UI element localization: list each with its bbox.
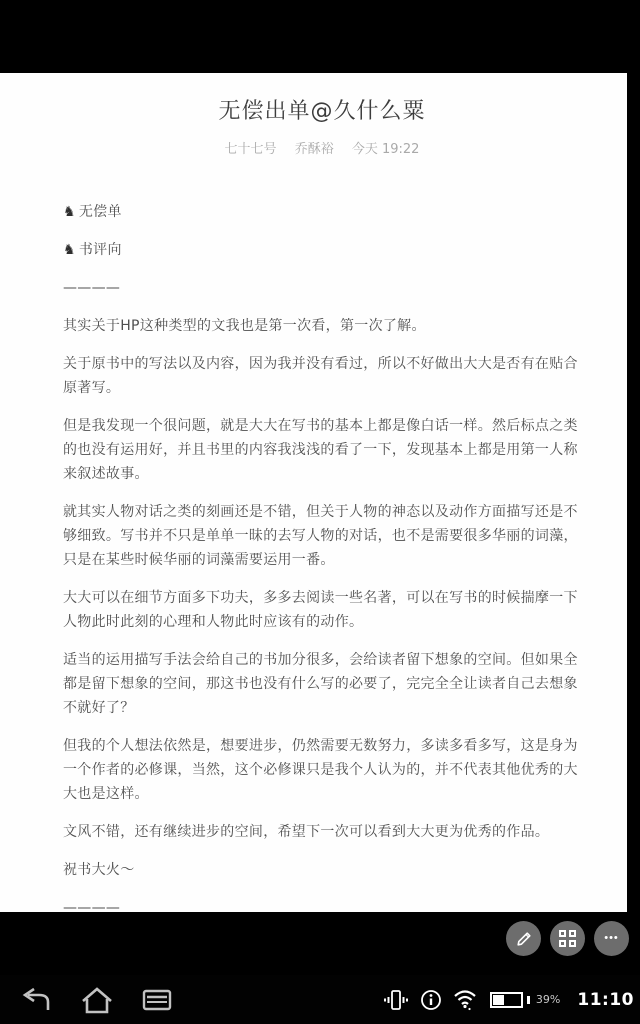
paragraph: 祝书大火～ — [63, 858, 581, 882]
article-body: ♞无偿单♞书评向————其实关于HP这种类型的文我也是第一次看，第一次了解。关于… — [63, 200, 581, 912]
nav-buttons — [16, 984, 174, 1016]
more-button[interactable]: ••• — [594, 921, 629, 956]
back-icon — [18, 987, 52, 1013]
recents-button[interactable] — [140, 986, 174, 1014]
home-button[interactable] — [78, 984, 116, 1016]
info-icon — [420, 989, 442, 1011]
paragraph: 其实关于HP这种类型的文我也是第一次看，第一次了解。 — [63, 314, 581, 338]
apps-grid-button[interactable] — [550, 921, 585, 956]
paragraph: 大大可以在细节方面多下功夫，多多去阅读一些名著，可以在写书的时候揣摩一下人物此时… — [63, 586, 581, 634]
tablet-screen: 无偿出单@久什么粟 七十七号 乔酥裕 今天 19:22 ♞无偿单♞书评向————… — [0, 0, 640, 1024]
chess-marker-icon: ♞ — [63, 204, 76, 220]
status-indicators: 39% 11:10 — [383, 989, 634, 1011]
back-button[interactable] — [16, 985, 54, 1015]
paragraph: ———— — [63, 896, 581, 912]
edit-button[interactable] — [506, 921, 541, 956]
vibrate-icon — [383, 989, 409, 1011]
battery-nub — [527, 996, 530, 1004]
paragraph: 就其实人物对话之类的刻画还是不错，但关于人物的神态以及动作方面描写还是不够细致。… — [63, 500, 581, 572]
document-page: 无偿出单@久什么粟 七十七号 乔酥裕 今天 19:22 ♞无偿单♞书评向————… — [0, 73, 627, 912]
recents-icon — [142, 988, 172, 1012]
paragraph: ♞书评向 — [63, 238, 581, 262]
paragraph: 但是我发现一个很问题，就是大大在写书的基本上都是像白话一样。然后标点之类的也没有… — [63, 414, 581, 486]
article-time: 今天 19:22 — [352, 142, 420, 157]
page-title: 无偿出单@久什么粟 — [63, 94, 581, 125]
battery-indicator: 39% — [490, 992, 560, 1008]
clock: 11:10 — [577, 990, 634, 1010]
article-author: 乔酥裕 — [295, 142, 334, 157]
home-icon — [80, 986, 114, 1014]
chess-marker-icon: ♞ — [63, 242, 76, 258]
paragraph: 适当的运用描写手法会给自己的书加分很多，会给读者留下想象的空间。但如果全都是留下… — [63, 648, 581, 720]
battery-icon — [490, 992, 523, 1008]
floating-toolbar: ••• — [506, 921, 629, 956]
wifi-icon — [453, 989, 479, 1011]
system-navbar: 39% 11:10 — [0, 975, 640, 1024]
paragraph: ———— — [63, 276, 581, 300]
grid-icon — [559, 930, 576, 947]
battery-percent: 39% — [536, 993, 560, 1006]
paragraph: ♞无偿单 — [63, 200, 581, 224]
paragraph: 关于原书中的写法以及内容，因为我并没有看过，所以不好做出大大是否有在贴合原著写。 — [63, 352, 581, 400]
article-meta: 七十七号 乔酥裕 今天 19:22 — [63, 138, 581, 157]
ellipsis-icon: ••• — [604, 933, 619, 944]
paragraph: 但我的个人想法依然是，想要进步，仍然需要无数努力，多读多看多写，这是身为一个作者… — [63, 734, 581, 806]
paragraph: 文风不错，还有继续进步的空间，希望下一次可以看到大大更为优秀的作品。 — [63, 820, 581, 844]
article-tag: 七十七号 — [225, 142, 277, 157]
pencil-icon — [515, 930, 533, 948]
